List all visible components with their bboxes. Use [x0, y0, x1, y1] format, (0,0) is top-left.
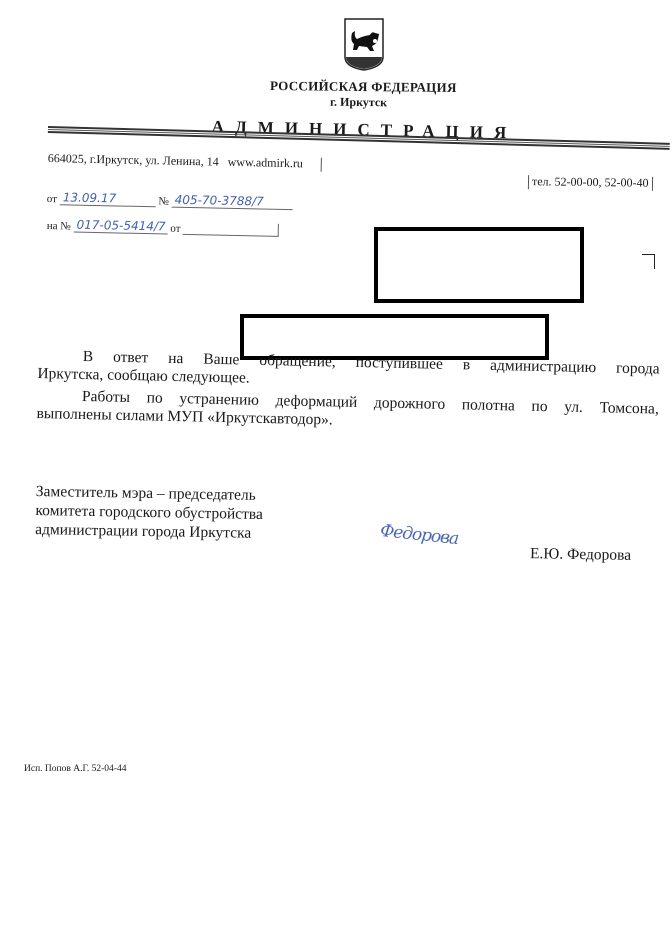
executor-note: Исп. Попов А.Г. 52-04-44 [24, 764, 126, 774]
website-link[interactable]: www.admirk.ru [228, 155, 303, 171]
number-label: № [158, 195, 169, 207]
phone-line: тел. 52-00-00, 52-00-40 [528, 174, 653, 191]
divider [651, 177, 652, 191]
city-name: г. Иркутск [330, 95, 387, 111]
date-field[interactable]: 13.09.17 [60, 190, 156, 207]
incoming-reference: на № 017-05-5414/7 от [47, 217, 280, 237]
divider [321, 158, 322, 172]
outgoing-reference: от 13.09.17 № 405-70-3788/7 [47, 190, 293, 210]
reply-date-label: от [170, 223, 180, 235]
coat-of-arms-icon [343, 17, 385, 71]
date-label: от [47, 193, 57, 205]
signatory-title: Заместитель мэра – председатель комитета… [35, 482, 263, 543]
letter-body: В ответ на Ваше обращение, поступившее в… [36, 347, 660, 437]
reply-date-field[interactable] [183, 222, 279, 237]
address: 664025, г.Иркутск, ул. Ленина, 14 [48, 151, 219, 169]
address-line: 664025, г.Иркутск, ул. Ленина, 14 www.ad… [48, 151, 322, 172]
title-line: администрации города Иркутска [35, 520, 263, 543]
number-field[interactable]: 405-70-3788/7 [172, 193, 293, 211]
handwritten-signature: Федорова [379, 521, 459, 549]
reply-to-label: на № [47, 220, 71, 233]
country-name: РОССИЙСКАЯ ФЕДЕРАЦИЯ [270, 78, 457, 96]
redacted-recipient-block [374, 227, 584, 303]
reply-to-field[interactable]: 017-05-5414/7 [73, 218, 167, 235]
phone: тел. 52-00-00, 52-00-40 [532, 174, 649, 190]
divider [528, 175, 529, 189]
signatory-name: Е.Ю. Федорова [530, 545, 631, 565]
address-corner-mark [642, 254, 655, 269]
